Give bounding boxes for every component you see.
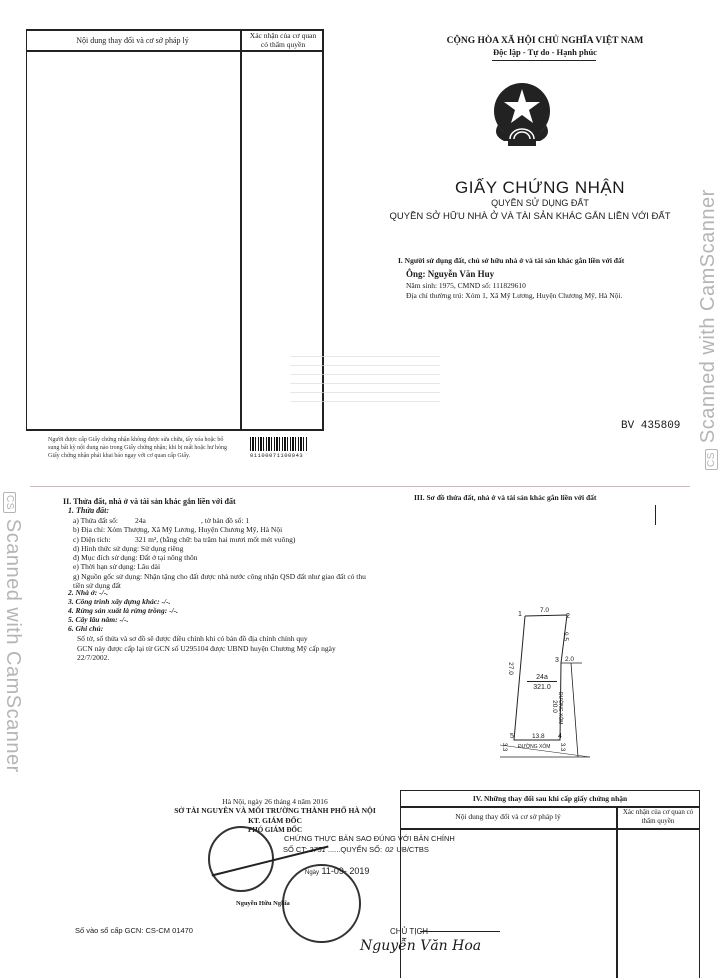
register-number: Số vào sổ cấp GCN: CS-CM 01470 — [75, 926, 193, 935]
table-divider — [616, 806, 618, 978]
table-divider — [240, 29, 242, 431]
changes-table-top — [26, 29, 308, 431]
table-col1-header: Nội dung thay đổi và cơ sở pháp lý — [30, 36, 235, 46]
camscanner-logo-icon: CS — [3, 492, 16, 513]
plot-point-1: 1 — [518, 611, 522, 618]
serial-number: BV 435809 — [621, 420, 680, 432]
north-arrow-icon — [655, 505, 656, 525]
edge-4-5: 13.8 — [532, 733, 545, 740]
note-line: GCN này được cấp lại từ GCN số U295104 đ… — [77, 644, 377, 654]
official-seal-icon — [208, 826, 274, 892]
owner-name: Ông: Nguyễn Văn Huy — [406, 269, 494, 279]
note-line: Số tờ, số thửa và sơ đồ sẽ được điều chỉ… — [77, 634, 377, 644]
plot-point-4: 4 — [558, 733, 562, 740]
certificate-title: GIẤY CHỨNG NHẬN — [380, 178, 700, 198]
owner-birth-id: Năm sinh: 1975, CMND số: 111829610 — [406, 281, 526, 291]
usage-form-line: d) Hình thức sử dụng: Sử dụng riêng — [73, 544, 373, 553]
certificate-subtitle-1: QUYỀN SỬ DỤNG ĐẤT — [380, 198, 700, 208]
usage-term-line: e) Thời hạn sử dụng: Lâu dài — [73, 562, 373, 571]
issue-date: Hà Nội, ngày 26 tháng 4 năm 2016 — [155, 797, 395, 806]
camscanner-logo-icon: CS — [705, 449, 718, 470]
notes: Số tờ, số thửa và sơ đồ sẽ được điều chỉ… — [77, 634, 377, 663]
table-col2-header: Xác nhận của cơ quan có thẩm quyền — [248, 31, 318, 49]
usage-origin-line: g) Nguồn gốc sử dụng: Nhận tặng cho đất … — [73, 572, 373, 591]
note-line: 22/7/2002. — [77, 653, 377, 663]
barcode — [250, 437, 308, 451]
edge-5-1: 27.0 — [507, 662, 514, 675]
chairman-line — [420, 931, 500, 932]
section-1-title: I. Người sử dụng đất, chủ sở hữu nhà ở v… — [398, 256, 698, 266]
parcel-area: 321.0 — [527, 684, 557, 691]
national-emblem-icon — [482, 75, 562, 155]
land-details: a) Thửa đất số:24a, tờ bản đồ số: 1 b) Đ… — [73, 516, 373, 590]
road-right-label: ĐƯỜNG XÓM — [557, 692, 563, 724]
chairman-name: Nguyễn Văn Hoa — [360, 938, 481, 954]
camscanner-watermark-left: CSScanned with CamScanner — [1, 492, 24, 773]
notice-text: Người được cấp Giấy chứng nhận không đượ… — [48, 436, 233, 460]
section-3-title: III. Sơ đồ thửa đất, nhà ở và tài sản kh… — [414, 493, 596, 502]
road-bottom-label: ĐƯỜNG XÓM — [518, 744, 550, 750]
barcode-number: 01100071100043 — [250, 452, 303, 459]
certification-line-1: CHỨNG THỰC BẢN SAO ĐÚNG VỚI BẢN CHÍNH — [284, 834, 455, 843]
address-line: b) Địa chỉ: Xóm Thượng, Xã Mỹ Lương, Huy… — [73, 525, 373, 534]
parcel-number-line: a) Thửa đất số:24a, tờ bản đồ số: 1 — [73, 516, 373, 525]
national-motto: Độc lập - Tự do - Hạnh phúc — [400, 47, 690, 57]
item-2-house: 2. Nhà ở: -/-. — [68, 588, 108, 597]
table-bottom — [26, 429, 324, 431]
edge-2-3: 9.5 — [562, 632, 569, 641]
issuing-agency: SỞ TÀI NGUYÊN VÀ MÔI TRƯỜNG THÀNH PHỐ HÀ… — [150, 806, 400, 815]
national-title: CỘNG HÒA XÃ HỘI CHỦ NGHĨA VIỆT NAM — [400, 36, 690, 46]
area-line: c) Diện tích:321 m², (bằng chữ: ba trăm … — [73, 535, 373, 544]
plot-point-2: 2 — [566, 613, 570, 620]
signer-role: KT. GIÁM ĐỐC — [155, 816, 395, 825]
plot-point-5: 5 — [510, 733, 514, 740]
item-1-title: 1. Thửa đất: — [68, 506, 109, 516]
table-header-bottom — [26, 50, 324, 52]
table-col2-header: Xác nhận của cơ quan có thẩm quyền — [618, 808, 698, 826]
road-width-right: 3.3 — [559, 743, 565, 751]
road-width-left: 3.3 — [501, 743, 507, 751]
motto-underline — [492, 60, 596, 61]
table-col1-header: Nội dung thay đổi và cơ sở pháp lý — [400, 812, 616, 821]
certification-line-2: SỐ CT:2751......QUYỂN SỐ:02UB/CTBS — [283, 845, 429, 854]
certificate-subtitle-2: QUYỀN SỞ HỮU NHÀ Ở VÀ TÀI SẢN KHÁC GẮN L… — [355, 211, 705, 222]
item-6-notes-title: 6. Ghi chú: — [68, 624, 103, 633]
faded-text — [290, 350, 440, 410]
usage-purpose-line: đ) Mục đích sử dụng: Đất ở tại nông thôn — [73, 553, 373, 562]
page-separator — [30, 486, 690, 487]
camscanner-watermark-right: CSScanned with CamScanner — [697, 189, 720, 470]
section-4-title: IV. Những thay đổi sau khi cấp giấy chứn… — [400, 794, 700, 803]
parcel-label: 24a — [527, 674, 557, 682]
signer-name: Nguyễn Hữu Nghĩa — [236, 900, 290, 907]
owner-address: Địa chỉ thường trú: Xóm 1, Xã Mỹ Lương, … — [406, 291, 622, 301]
plot-point-3: 3 — [555, 657, 559, 664]
table-header-bottom — [400, 828, 700, 830]
item-5-perennial: 5. Cây lâu năm: -/-. — [68, 615, 128, 624]
item-3-construction: 3. Công trình xây dựng khác: -/-. — [68, 597, 170, 606]
item-4-forest: 4. Rừng sản xuất là rừng trồng: -/-. — [68, 606, 178, 615]
certification-date: Ngày 11-09- 2019 — [305, 866, 369, 876]
edge-3-ext: 2.0 — [565, 656, 574, 663]
edge-1-2: 7.0 — [540, 607, 549, 614]
